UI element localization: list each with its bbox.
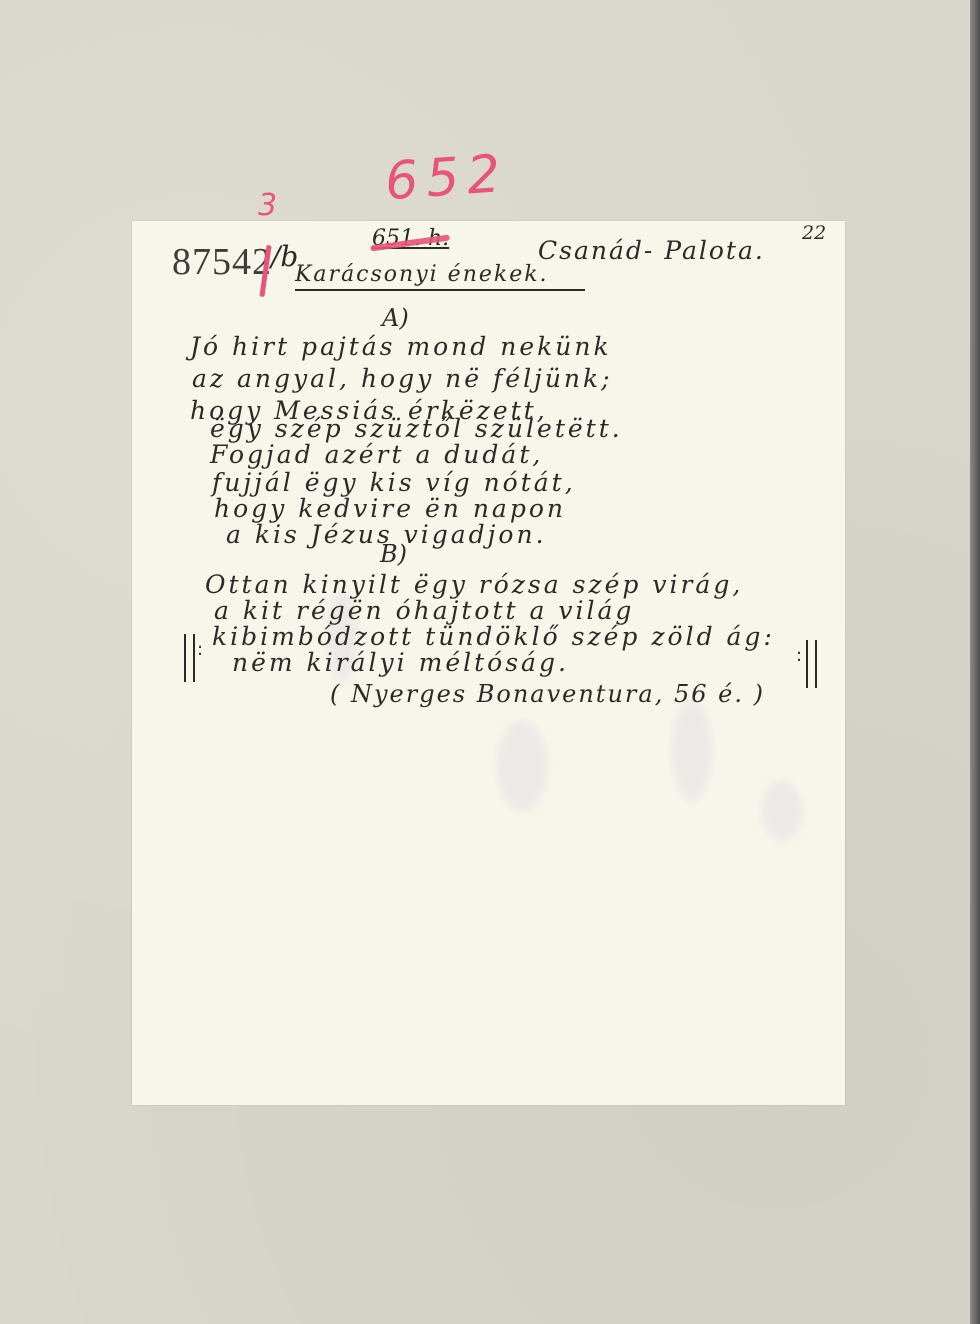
mounting-card: 652 3 87542 /b 651. h. Csanád- Palota. 2…	[0, 0, 970, 1324]
singer-attribution: ( Nyerges Bonaventura, 56 é. )	[330, 680, 765, 708]
verse-line: Ottan kinyilt ëgy rózsa szép virág,	[205, 570, 743, 599]
repeat-start-dots: :	[197, 644, 203, 656]
verse-line: az angyal, hogy në féljünk;	[192, 364, 613, 393]
verse-line: nëm királyi méltóság.	[232, 648, 569, 677]
verse-line: kibimbódzott tündöklő szép zöld ág:	[212, 622, 775, 651]
repeat-end-dots: :	[796, 650, 802, 662]
ink-smudge	[497, 721, 547, 811]
ink-smudge	[672, 701, 712, 801]
song-title: Karácsonyi énekek.	[295, 262, 585, 291]
repeat-end-bar	[806, 640, 817, 688]
place-name: Csanád- Palota.	[538, 236, 765, 265]
page-number: 22	[802, 222, 826, 244]
verse-line: Jó hirt pajtás mond nekünk	[190, 332, 612, 361]
red-archive-number: 652	[383, 144, 510, 212]
section-label-b: B)	[380, 540, 407, 568]
verse-line: ëgy szép szüztől születëtt.	[210, 414, 623, 443]
verse-line: fujjál ëgy kis víg nótát,	[212, 468, 576, 497]
section-label-a: A)	[382, 304, 409, 332]
ink-smudge	[762, 781, 802, 841]
red-small-number: 3	[258, 188, 277, 223]
card-edge-shadow	[970, 0, 980, 1324]
repeat-start-bar	[184, 634, 195, 682]
verse-line: Fogjad azért a dudát,	[210, 440, 543, 469]
verse-line: hogy kedvire ën napon	[214, 494, 566, 523]
verse-line: a kit régën óhajtott a világ	[214, 596, 634, 625]
stamped-catalog-number: 87542	[172, 240, 272, 284]
